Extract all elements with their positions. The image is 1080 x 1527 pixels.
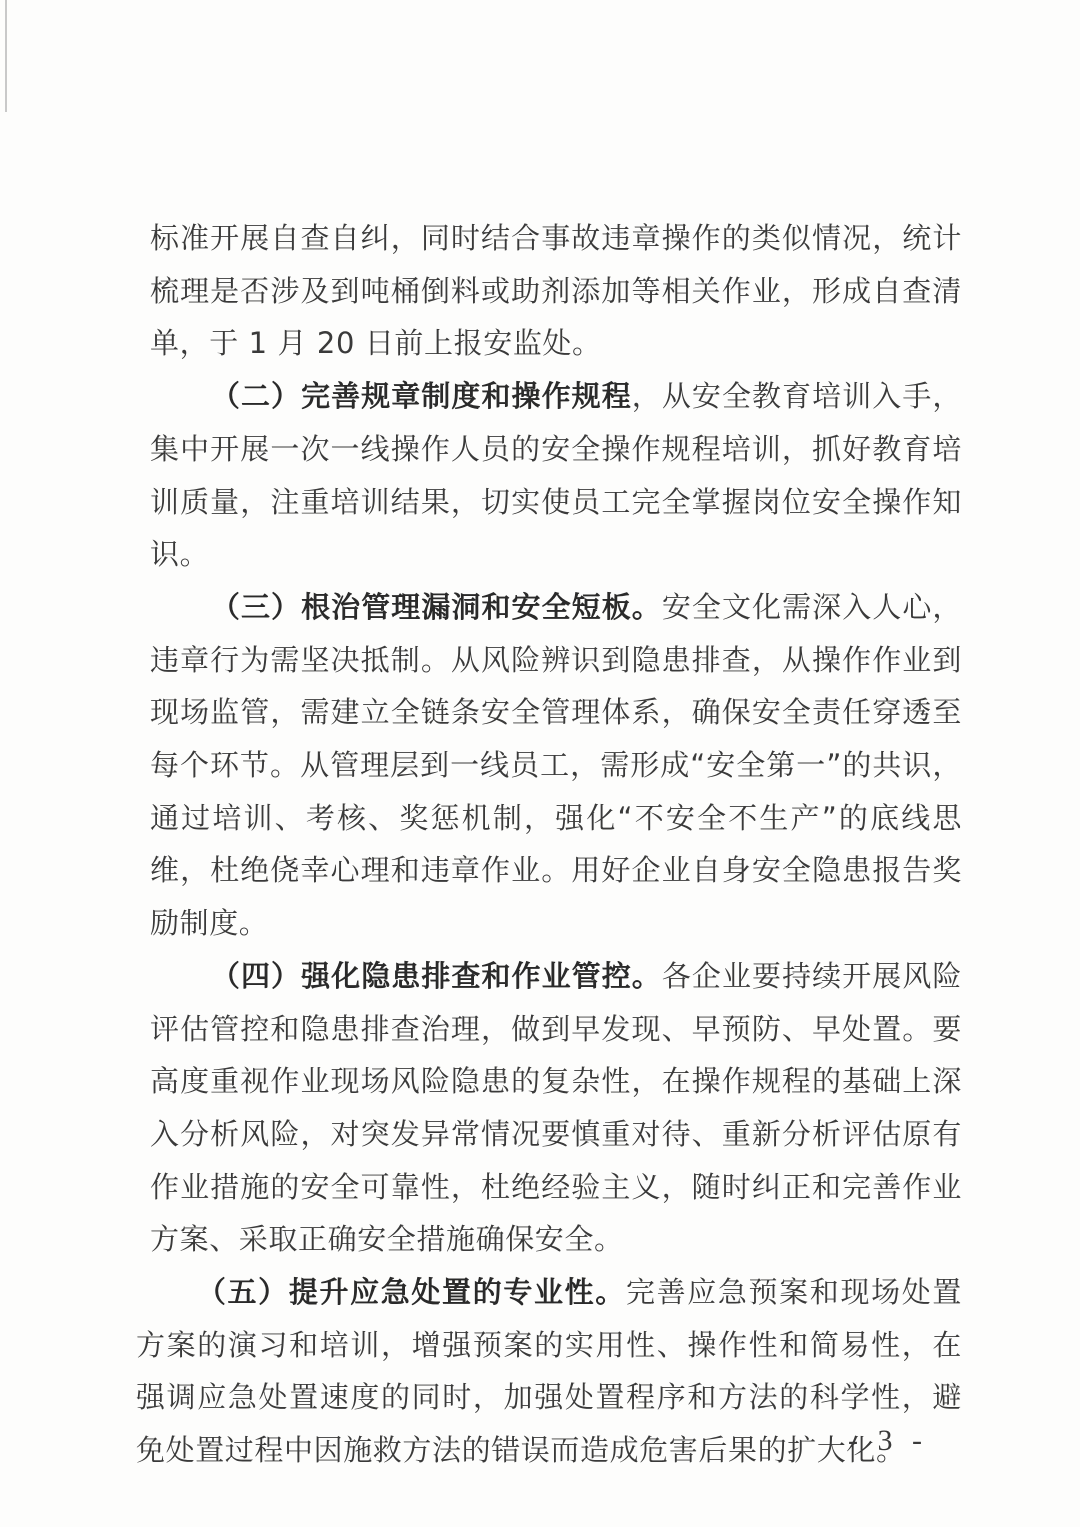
paragraph-section-3: （三）根治管理漏洞和安全短板。安全文化需深入人心，违章行为需坚决抵制。从风险辨识… [150, 581, 962, 950]
paragraph-section-5: （五）提升应急处置的专业性。完善应急预案和现场处置方案的演习和培训，增强预案的实… [136, 1266, 962, 1477]
paragraph-body: 安全文化需深入人心，违章行为需坚决抵制。从风险辨识到隐患排查，从操作作业到现场监… [150, 590, 962, 940]
section-heading: （二）完善规章制度和操作规程 [211, 379, 632, 413]
section-heading: （四）强化隐患排查和作业管控。 [211, 959, 662, 993]
scan-edge-line [5, 0, 7, 112]
paragraph-continuation: 标准开展自查自纠，同时结合事故违章操作的类似情况，统计梳理是否涉及到吨桶倒料或助… [150, 212, 962, 370]
paragraph-body: 标准开展自查自纠，同时结合事故违章操作的类似情况，统计梳理是否涉及到吨桶倒料或助… [150, 221, 962, 360]
paragraph-section-4: （四）强化隐患排查和作业管控。各企业要持续开展风险评估管控和隐患排查治理，做到早… [150, 950, 962, 1266]
paragraph-section-2: （二）完善规章制度和操作规程，从安全教育培训入手，集中开展一次一线操作人员的安全… [150, 370, 962, 581]
section-heading: （三）根治管理漏洞和安全短板。 [211, 590, 662, 624]
section-heading: （五）提升应急处置的专业性。 [197, 1275, 626, 1309]
document-page: 标准开展自查自纠，同时结合事故违章操作的类似情况，统计梳理是否涉及到吨桶倒料或助… [150, 212, 962, 1477]
page-number: - 3 - [848, 1424, 928, 1458]
paragraph-body: 各企业要持续开展风险评估管控和隐患排查治理，做到早发现、早预防、早处置。要高度重… [150, 959, 962, 1257]
